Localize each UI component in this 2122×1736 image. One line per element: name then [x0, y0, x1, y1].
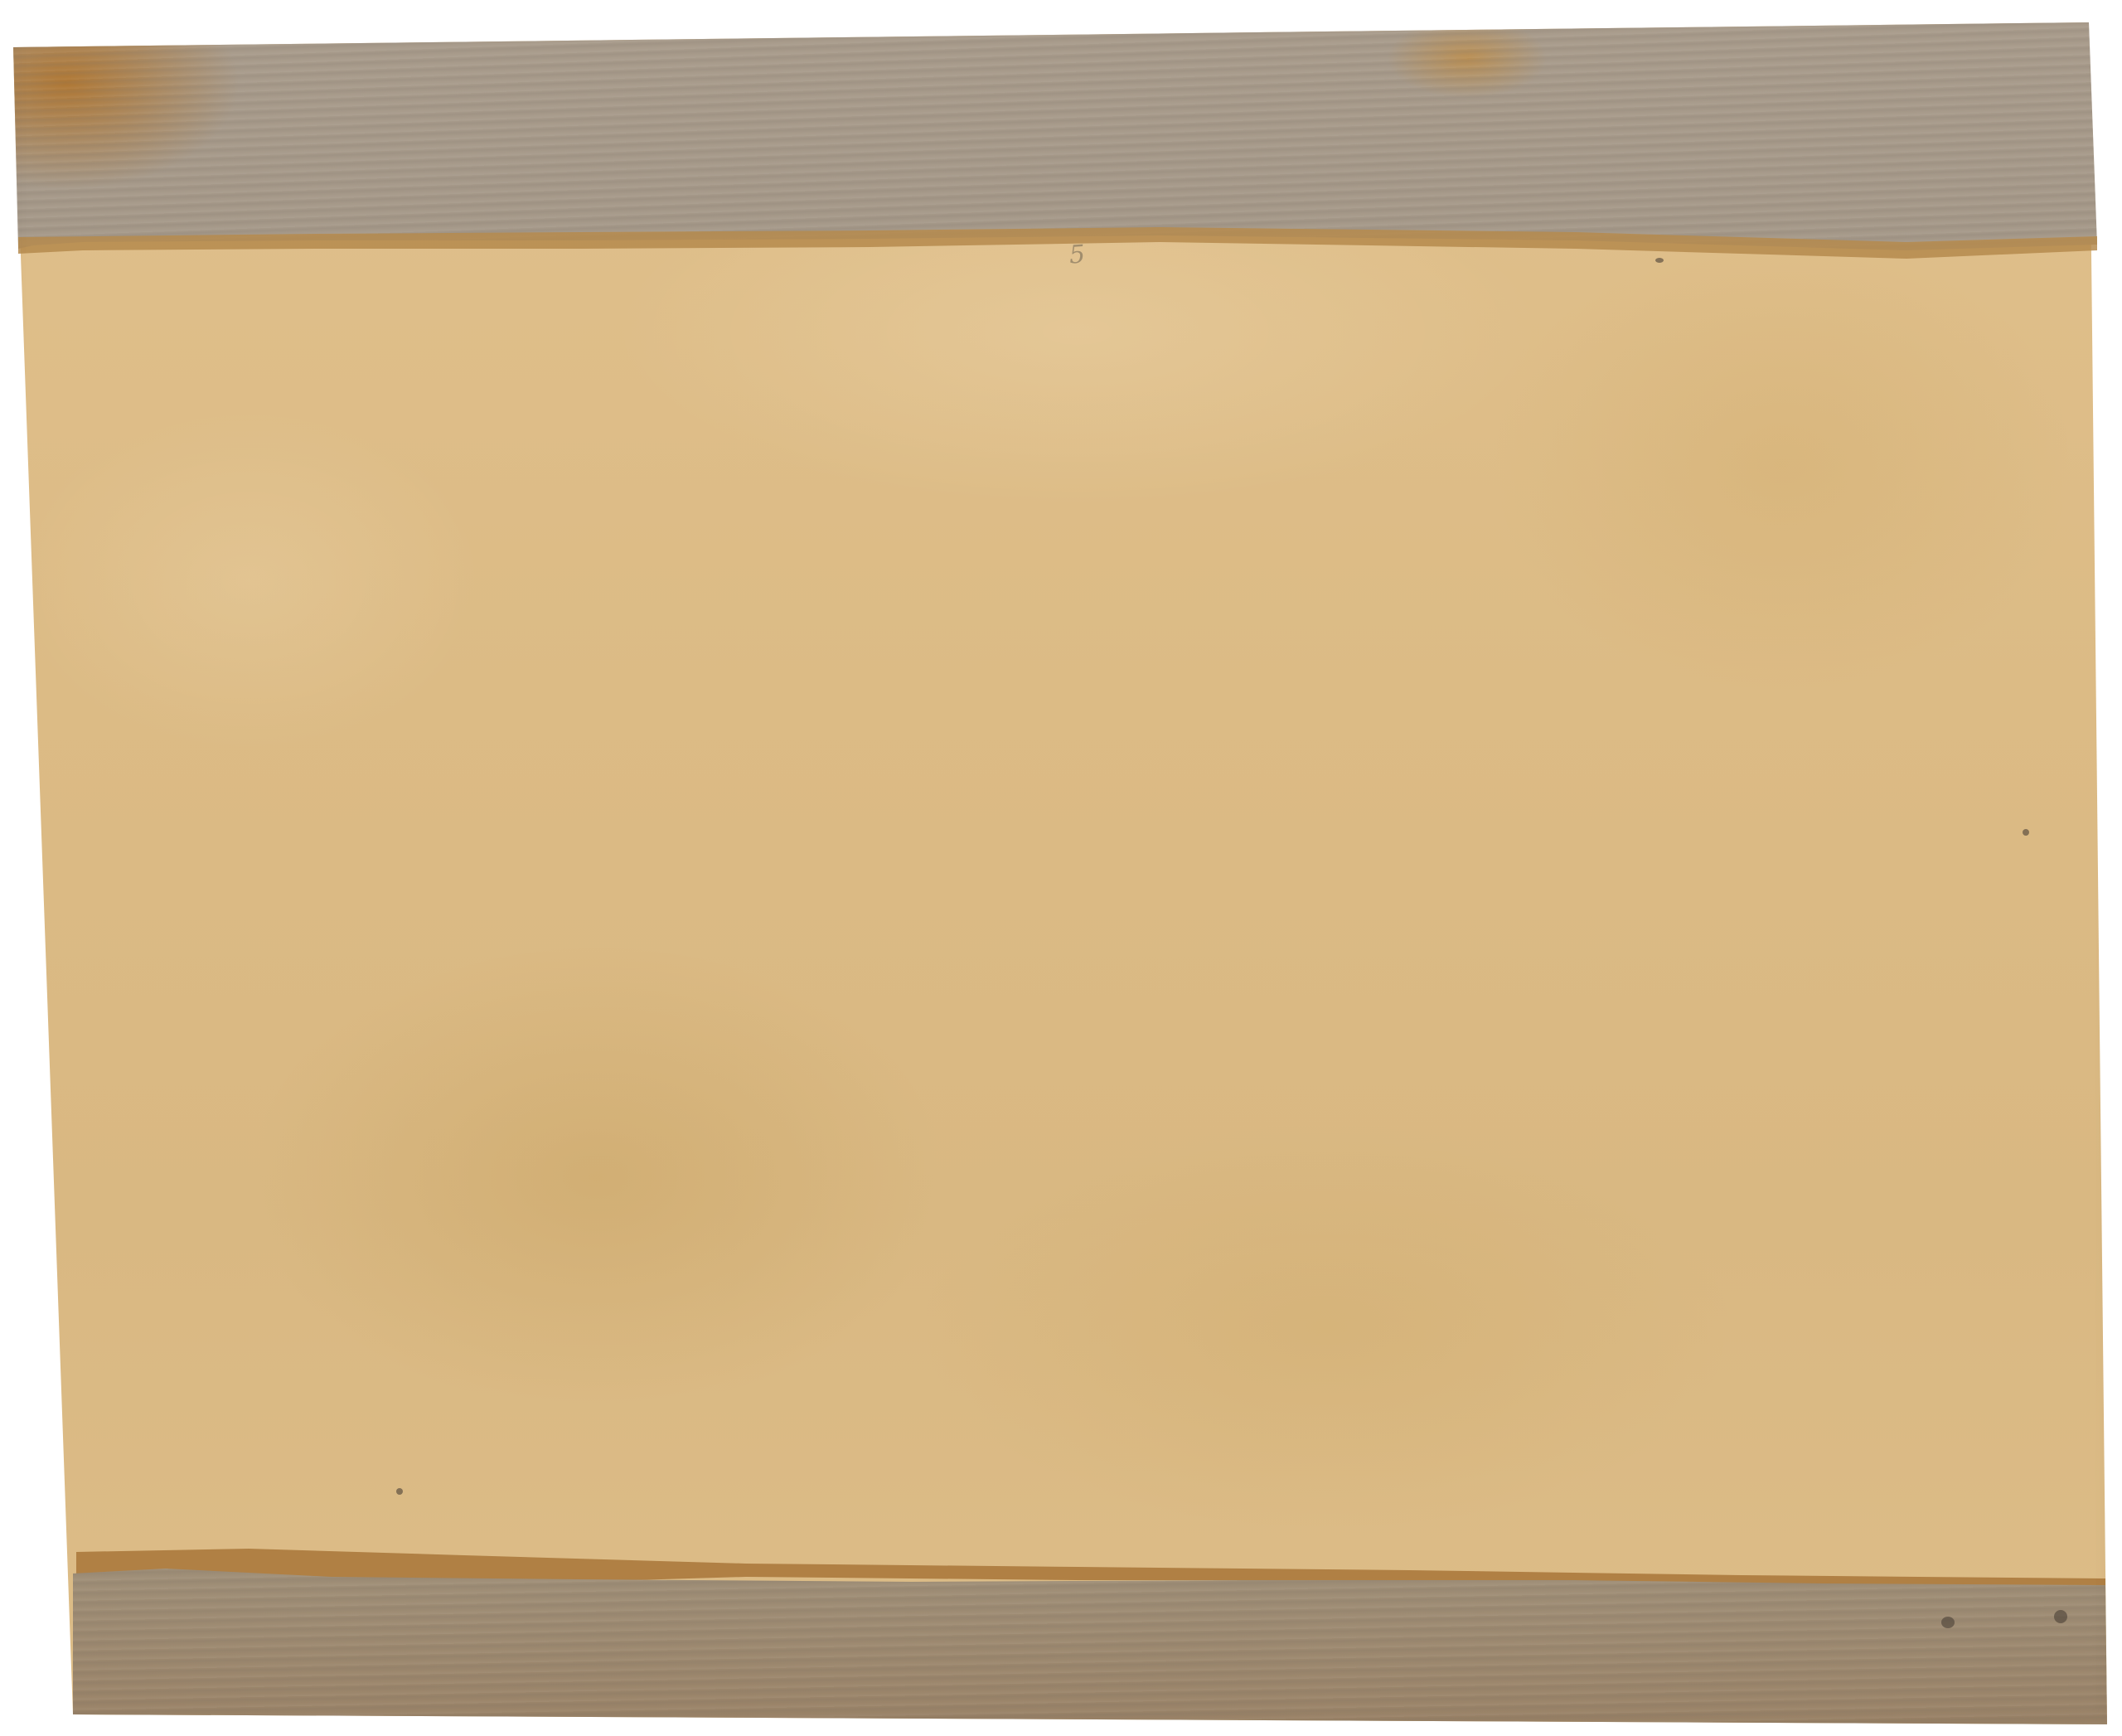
speck: [2054, 1610, 2067, 1623]
photo-stage: 5: [0, 0, 2122, 1736]
paper-backing: [0, 0, 2122, 1736]
speck: [2023, 829, 2029, 836]
speck: [1941, 1617, 1955, 1628]
speck: [396, 1488, 403, 1495]
pencil-number-mark: 5: [1068, 240, 1086, 269]
speck: [1655, 258, 1664, 263]
